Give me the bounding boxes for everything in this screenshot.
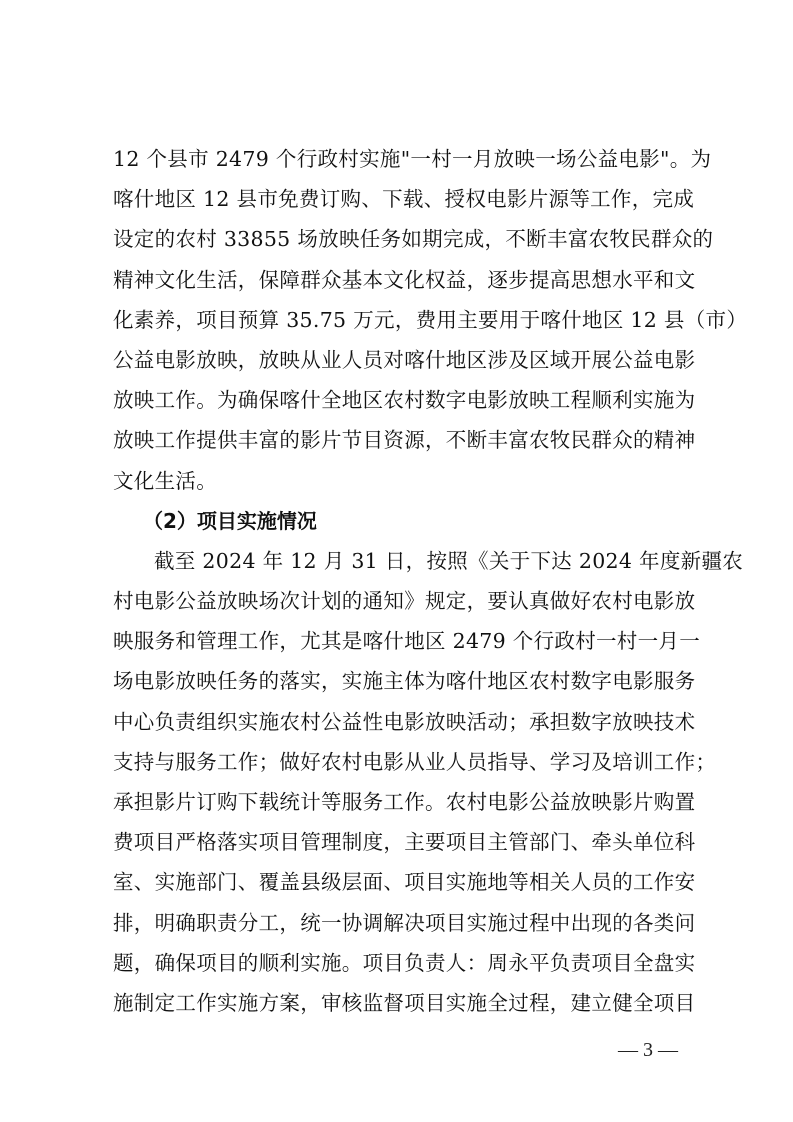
paragraph-project-overview: 12 个县市 2479 个行政村实施"一村一月放映一场公益电影"。为 喀什地区 … bbox=[113, 139, 679, 501]
text-line: 文化生活。 bbox=[113, 461, 679, 501]
document-page: 12 个县市 2479 个行政村实施"一村一月放映一场公益电影"。为 喀什地区 … bbox=[0, 0, 793, 1122]
text-line: 设定的农村 33855 场放映任务如期完成，不断丰富农牧民群众的 bbox=[113, 219, 679, 259]
section-heading: （2）项目实施情况 bbox=[113, 501, 679, 541]
text-line: 喀什地区 12 县市免费订购、下载、授权电影片源等工作，完成 bbox=[113, 179, 679, 219]
text-line: 化素养，项目预算 35.75 万元，费用主要用于喀什地区 12 县（市） bbox=[113, 300, 679, 340]
text-line: 精神文化生活，保障群众基本文化权益，逐步提高思想水平和文 bbox=[113, 260, 679, 300]
text-line: 施制定工作实施方案，审核监督项目实施全过程，建立健全项目 bbox=[113, 983, 679, 1023]
paragraph-implementation: 截至 2024 年 12 月 31 日，按照《关于下达 2024 年度新疆农 村… bbox=[113, 541, 679, 1023]
text-line: 室、实施部门、覆盖县级层面、项目实施地等相关人员的工作安 bbox=[113, 862, 679, 902]
text-line: 题，确保项目的顺利实施。项目负责人：周永平负责项目全盘实 bbox=[113, 943, 679, 983]
text-line: 排，明确职责分工，统一协调解决项目实施过程中出现的各类问 bbox=[113, 903, 679, 943]
text-line: 支持与服务工作；做好农村电影从业人员指导、学习及培训工作； bbox=[113, 742, 679, 782]
text-line: 映服务和管理工作，尤其是喀什地区 2479 个行政村一村一月一 bbox=[113, 621, 679, 661]
text-line: 场电影放映任务的落实，实施主体为喀什地区农村数字电影服务 bbox=[113, 661, 679, 701]
page-number: — 3 — bbox=[618, 1039, 678, 1062]
text-line: 12 个县市 2479 个行政村实施"一村一月放映一场公益电影"。为 bbox=[113, 139, 679, 179]
text-line: 中心负责组织实施农村公益性电影放映活动；承担数字放映技术 bbox=[113, 702, 679, 742]
text-line: 承担影片订购下载统计等服务工作。农村电影公益放映影片购置 bbox=[113, 782, 679, 822]
text-line: 费项目严格落实项目管理制度，主要项目主管部门、牵头单位科 bbox=[113, 822, 679, 862]
page-body: 12 个县市 2479 个行政村实施"一村一月放映一场公益电影"。为 喀什地区 … bbox=[113, 139, 679, 1023]
text-line: 村电影公益放映场次计划的通知》规定，要认真做好农村电影放 bbox=[113, 581, 679, 621]
text-line: 放映工作。为确保喀什全地区农村数字电影放映工程顺利实施为 bbox=[113, 380, 679, 420]
text-line: 公益电影放映，放映从业人员对喀什地区涉及区域开展公益电影 bbox=[113, 340, 679, 380]
text-line: 截至 2024 年 12 月 31 日，按照《关于下达 2024 年度新疆农 bbox=[113, 541, 679, 581]
text-line: 放映工作提供丰富的影片节目资源，不断丰富农牧民群众的精神 bbox=[113, 420, 679, 460]
